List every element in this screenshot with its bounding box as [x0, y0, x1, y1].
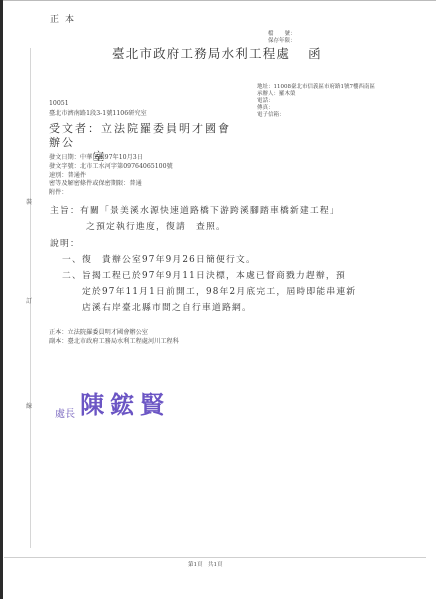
- signature: 處長 陳鋐賢: [55, 385, 170, 420]
- subject-line1: 主旨：有關「景美溪水源快速道路橋下游跨溪腳踏車橋新建工程」: [50, 203, 340, 216]
- recipient-label: 受文者：: [49, 122, 101, 135]
- attachment: 附件：: [49, 187, 68, 196]
- footer-divider: [4, 557, 426, 558]
- item-text: 旨揭工程已於97年9月11日決標，本處已督商戮力趕辦，預: [82, 271, 346, 281]
- item-number: 一、: [62, 255, 82, 265]
- subject-text-1: 有關「景美溪水源快速道路橋下游跨溪腳踏車橋新建工程」: [80, 206, 340, 216]
- agency-name: 臺北市政府工務局水利工程處: [112, 46, 290, 61]
- binding-mark-zhuang: 裝: [26, 197, 32, 206]
- explanation-label: 說明：: [50, 236, 80, 249]
- retention-label: 保存年限：: [268, 36, 296, 44]
- issue-number: 發文字號：北市工水河字第09764065100號: [49, 161, 173, 170]
- agency-title: 臺北市政府工務局水利工程處函: [112, 44, 322, 62]
- page-left-border: [0, 0, 3, 599]
- page-number: 第1頁 共1頁: [188, 560, 223, 568]
- recipient-postcode: 10051: [49, 100, 69, 107]
- copy-label: 正本: [50, 12, 80, 25]
- explanation-item-2-line3: 店溪右岸臺北縣市間之自行車道路網。: [82, 300, 252, 313]
- issue-date: 發文日期：中華民國97年10月3日: [49, 152, 143, 161]
- signature-title: 處長: [55, 409, 75, 420]
- doc-type: 函: [308, 46, 322, 61]
- recipient-address: 臺北市濟南路1段3-1號1106研究室: [49, 108, 147, 117]
- original-to: 正本：立法院羅委員明才國會辦公室: [49, 327, 148, 336]
- explanation-item-1: 一、復 貴辦公室97年9月26日簡便行文。: [62, 252, 256, 265]
- contact-email: 電子信箱：: [257, 110, 285, 118]
- item-text: 復 貴辦公室97年9月26日簡便行文。: [82, 255, 256, 265]
- binding-mark-ding: 訂: [26, 296, 32, 305]
- copy-to: 副本：臺北市政府工務局水利工程處河川工程科: [49, 336, 179, 345]
- explanation-item-2-line2: 定於97年11月1日前開工，98年2月底完工，屆時即能串連新: [82, 284, 356, 297]
- subject-label: 主旨：: [50, 206, 80, 216]
- signature-stamp: 陳鋐賢: [80, 391, 170, 419]
- classification: 密等及解密條件或保密期限：普通: [49, 178, 142, 187]
- explanation-item-2: 二、旨揭工程已於97年9月11日決標，本處已督商戮力趕辦，預: [62, 268, 346, 281]
- page-top-border: [0, 0, 436, 1]
- subject-line2: 之預定執行進度，復請 查照。: [86, 219, 226, 232]
- binding-mark-xian: 線: [26, 401, 32, 410]
- item-number: 二、: [62, 271, 82, 281]
